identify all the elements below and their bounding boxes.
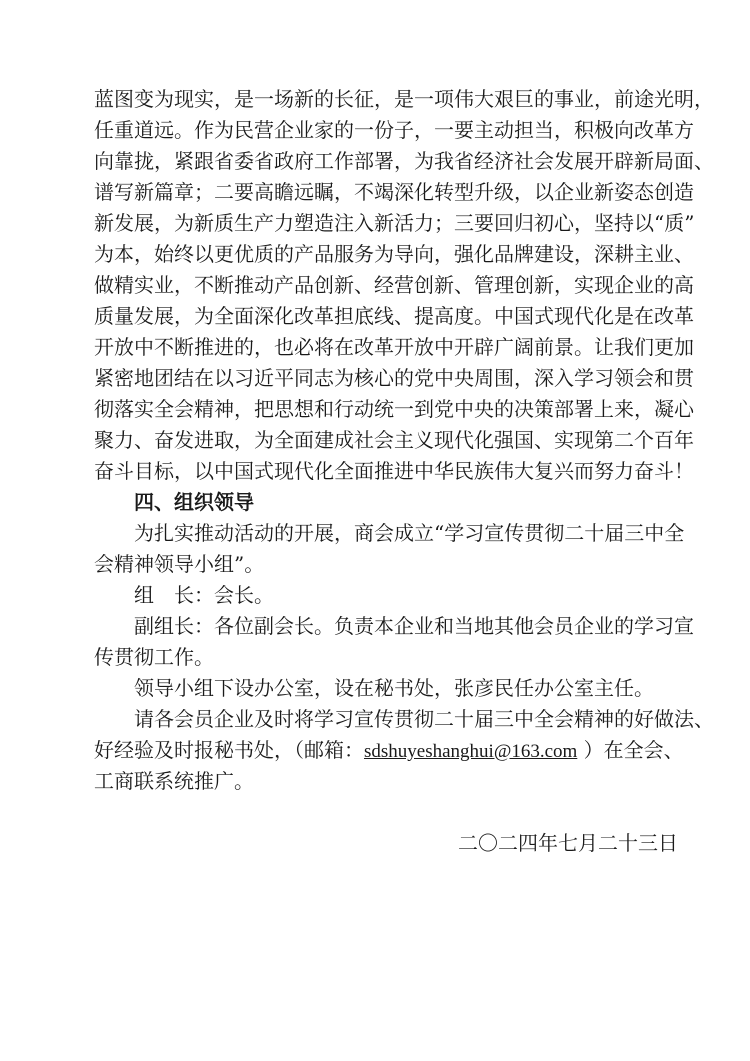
text-line: 向靠拢，紧跟省委省政府工作部署，为我省经济社会发展开辟新局面、 [94,146,678,177]
paragraph-conclusion: 蓝图变为现实，是一场新的长征，是一项伟大艰巨的事业，前途光明， 任重道远。作为民… [94,84,678,487]
text-line: 彻落实全会精神，把思想和行动统一到党中央的决策部署上来，凝心 [94,394,678,425]
leader-line: 组 长：会长。 [94,580,678,611]
text-line: 副组长：各位副会长。负责本企业和当地其他会员企业的学习宣 [94,611,678,642]
section-heading: 四、组织领导 [94,487,678,518]
text-line: 蓝图变为现实，是一场新的长征，是一项伟大艰巨的事业，前途光明， [94,84,678,115]
document-date: 二〇二四年七月二十三日 [94,828,678,859]
text-line: 紧密地团结在以习近平同志为核心的党中央周围，深入学习领会和贯 [94,363,678,394]
text-line-with-email: 好经验及时报秘书处，（邮箱：sdshuyeshanghui@163.com ）在… [94,735,678,766]
text-line: 做精实业，不断推动产品创新、经营创新、管理创新，实现企业的高 [94,270,678,301]
email-link[interactable]: sdshuyeshanghui@163.com [364,741,577,762]
text-line: 任重道远。作为民营企业家的一份子，一要主动担当，积极向改革方 [94,115,678,146]
text-segment: 好经验及时报秘书处，（邮箱： [94,738,364,762]
paragraph-submission: 请各会员企业及时将学习宣传贯彻二十届三中全会精神的好做法、 好经验及时报秘书处，… [94,704,678,797]
text-line: 奋斗目标，以中国式现代化全面推进中华民族伟大复兴而努力奋斗！ [94,456,678,487]
document-page: 蓝图变为现实，是一场新的长征，是一项伟大艰巨的事业，前途光明， 任重道远。作为民… [94,84,678,859]
text-line: 会精神领导小组”。 [94,549,678,580]
text-line: 为扎实推动活动的开展，商会成立“学习宣传贯彻二十届三中全 [94,518,678,549]
text-line: 质量发展，为全面深化改革担底线、提高度。中国式现代化是在改革 [94,301,678,332]
text-segment: ）在全会、 [577,738,683,762]
text-line: 传贯彻工作。 [94,642,678,673]
text-line: 工商联系统推广。 [94,766,678,797]
text-line: 新发展，为新质生产力塑造注入新活力；三要回归初心，坚持以“质” [94,208,678,239]
text-line: 聚力、奋发进取，为全面建成社会主义现代化强国、实现第二个百年 [94,425,678,456]
paragraph-deputy: 副组长：各位副会长。负责本企业和当地其他会员企业的学习宣 传贯彻工作。 [94,611,678,673]
text-line: 请各会员企业及时将学习宣传贯彻二十届三中全会精神的好做法、 [94,704,678,735]
text-line: 开放中不断推进的，也必将在改革开放中开辟广阔前景。让我们更加 [94,332,678,363]
text-line: 谱写新篇章；二要高瞻远瞩，不竭深化转型升级，以企业新姿态创造 [94,177,678,208]
text-line: 为本，始终以更优质的产品服务为导向，强化品牌建设，深耕主业、 [94,239,678,270]
paragraph-leadership-group: 为扎实推动活动的开展，商会成立“学习宣传贯彻二十届三中全 会精神领导小组”。 [94,518,678,580]
office-line: 领导小组下设办公室，设在秘书处，张彦民任办公室主任。 [94,673,678,704]
